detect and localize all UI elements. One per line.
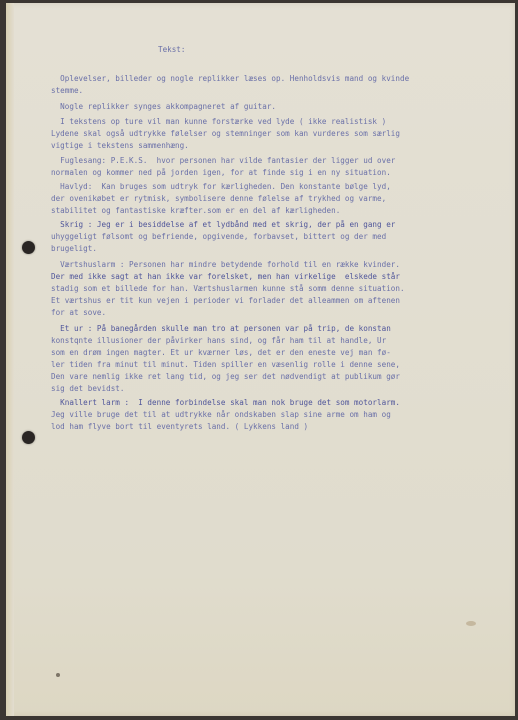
- text-line: der ovenikøbet er rytmisk, symbolisere d…: [51, 193, 386, 205]
- text-line: normalen og kommer ned på jorden igen, f…: [51, 167, 391, 179]
- text-line: Et ur : På banegården skulle man tro at …: [51, 323, 391, 335]
- text-line: Havlyd: Kan bruges som udtryk for kærlig…: [51, 181, 391, 193]
- text-line: konstqnte illusioner der påvirker hans s…: [51, 335, 386, 347]
- binder-hole-icon: [22, 431, 35, 444]
- binder-hole-icon: [22, 241, 35, 254]
- text-line: Et værtshus er tit kun vejen i perioder …: [51, 295, 400, 307]
- text-line: sig det bevidst.: [51, 383, 124, 395]
- text-line: som en drøm ingen magter. Et ur kværner …: [51, 347, 391, 359]
- text-line: brugeligt.: [51, 243, 97, 255]
- text-line: stadig som et billede for han. Værtshusl…: [51, 283, 405, 295]
- text-line: for at sove.: [51, 307, 106, 319]
- text-line: Lydene skal også udtrykke følelser og st…: [51, 128, 400, 140]
- text-line: Fuglesang: P.E.K.S. hvor personen har vi…: [51, 155, 395, 167]
- text-line: Knallert larm : I denne forbindelse skal…: [51, 397, 400, 409]
- text-line: Værtshuslarm : Personen har mindre betyd…: [51, 259, 400, 271]
- ink-spot: [56, 673, 60, 677]
- text-line: uhyggeligt følsomt og befriende, opgiven…: [51, 231, 386, 243]
- text-line: Den vare nemlig ikke ret lang tid, og je…: [51, 371, 400, 383]
- page-title: Tekst:: [158, 45, 185, 54]
- text-line: stemme.: [51, 85, 83, 97]
- text-line: Skrig : Jeg er i besiddelse af et lydbån…: [51, 219, 395, 231]
- text-line: Oplevelser, billeder og nogle replikker …: [51, 73, 409, 85]
- text-line: Nogle replikker synges akkompagneret af …: [51, 101, 276, 113]
- text-line: stabilitet og fantastiske kræfter.som er…: [51, 205, 340, 217]
- text-line: I tekstens op ture vil man kunne forstær…: [51, 116, 386, 128]
- text-line: Jeg ville bruge det til at udtrykke når …: [51, 409, 391, 421]
- page-edge: [6, 3, 14, 716]
- stain-mark: [466, 621, 476, 626]
- text-line: ler tiden fra minut til minut. Tiden spi…: [51, 359, 400, 371]
- text-line: lod ham flyve bort til eventyrets land. …: [51, 421, 308, 433]
- document-page: Tekst: Oplevelser, billeder og nogle rep…: [6, 3, 515, 716]
- text-line: vigtige i tekstens sammenhæng.: [51, 140, 189, 152]
- text-line: Der med ikke sagt at han ikke var forels…: [51, 271, 400, 283]
